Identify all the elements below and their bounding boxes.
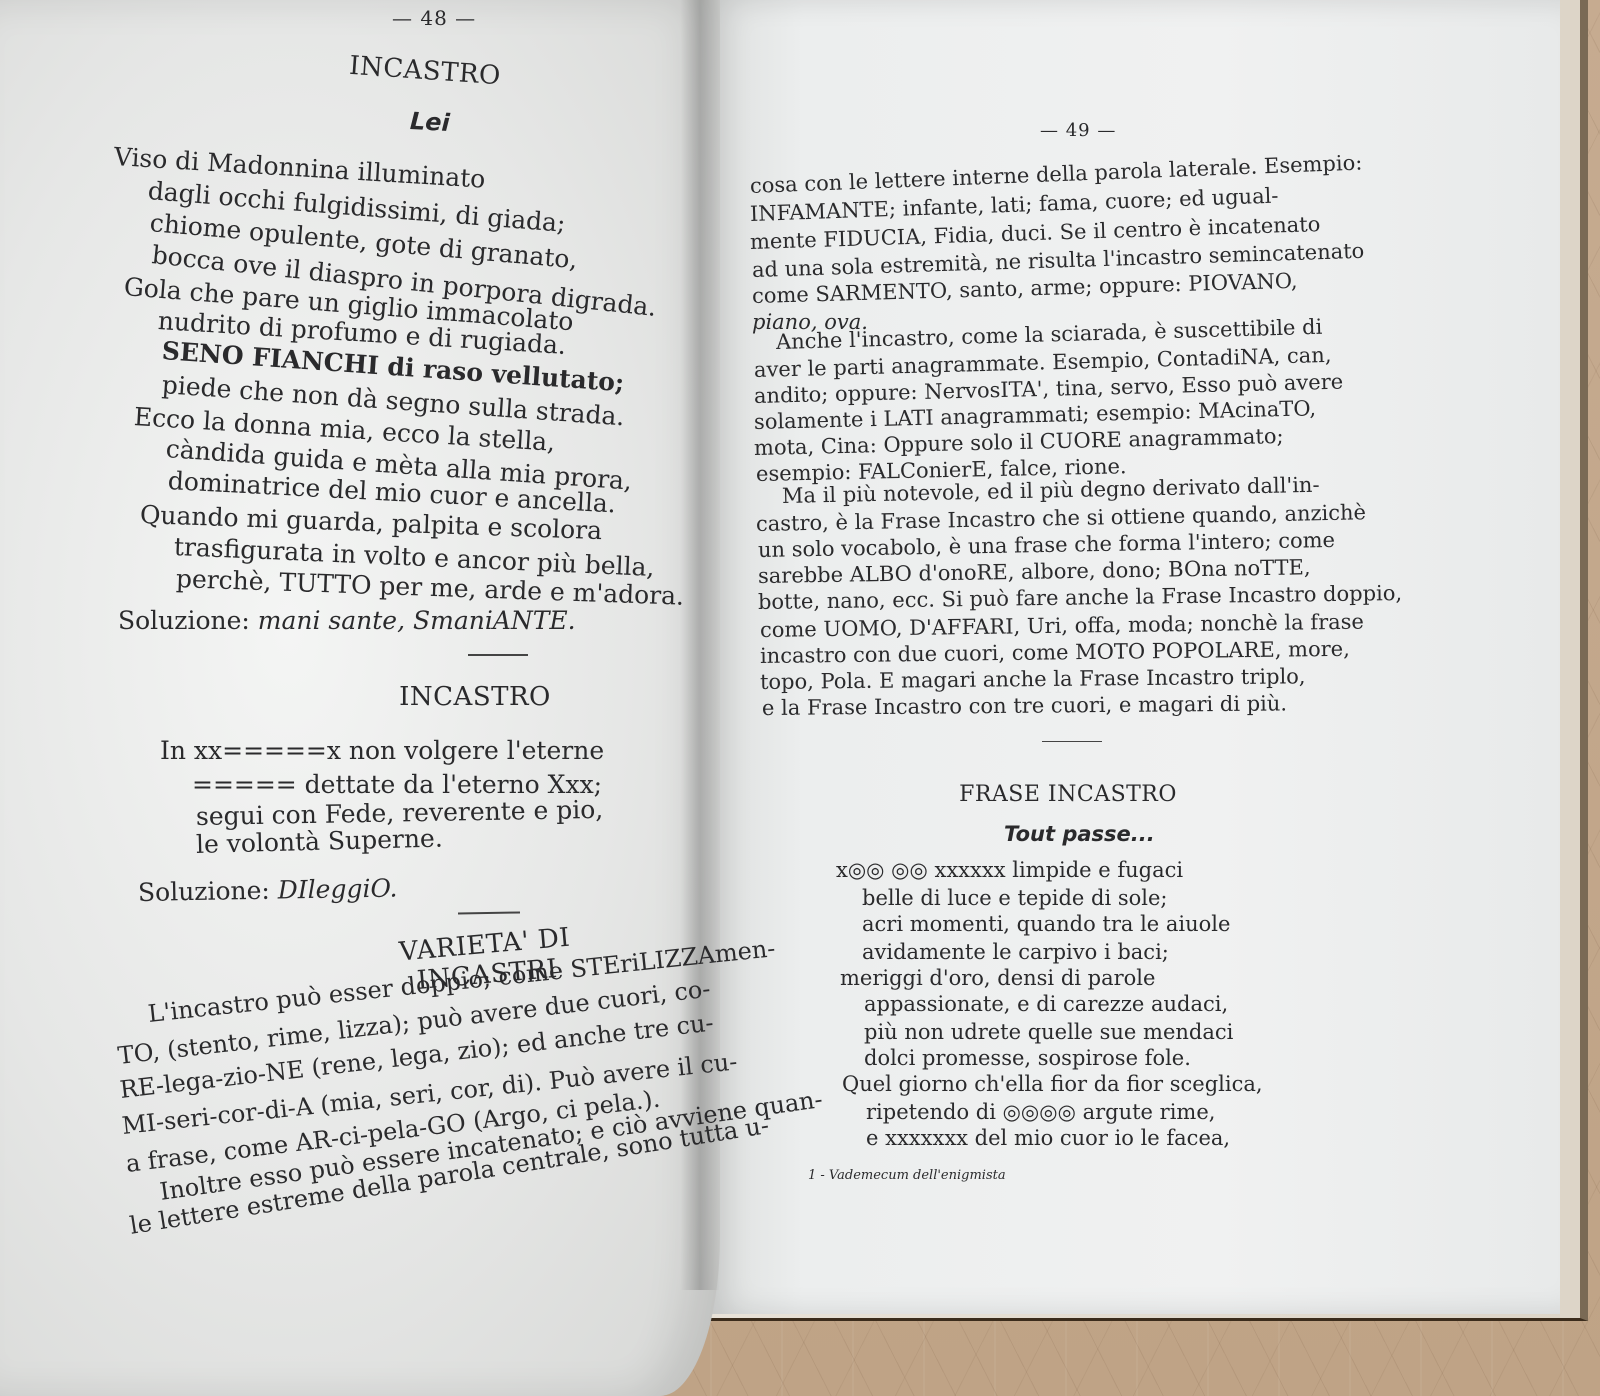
running-footer: 1 - Vademecum dell'enigmista (808, 1168, 1006, 1183)
verse-line: più non udrete quelle sue mendaci (864, 1020, 1233, 1044)
verse-line: Quel giorno ch'ella fior da fior sceglic… (842, 1072, 1263, 1096)
verse-line: acri momenti, quando tra le aiuole (862, 912, 1230, 936)
paragraph-line: topo, Pola. E magari anche la Frase Inca… (760, 664, 1306, 694)
page-number-right: — 49 — (1040, 120, 1116, 141)
puzzle-title: FRASE INCASTRO (948, 782, 1188, 807)
verse-line: e xxxxxxx del mio cuor io le facea, (866, 1126, 1230, 1150)
verse-line: x◎◎ ◎◎ xxxxxx limpide e fugaci (836, 858, 1183, 882)
verse-line: dolci promesse, sospirose fole. (864, 1046, 1191, 1070)
verse-line: avidamente le carpivo i baci; (862, 940, 1169, 964)
verse-line: meriggi d'oro, densi di parole (840, 966, 1155, 990)
right-page-content: — 49 — cosa con le lettere interne della… (0, 0, 1600, 1396)
verse-line: ripetendo di ◎◎◎◎ argute rime, (866, 1100, 1215, 1124)
verse-line: belle di luce e tepide di sole; (862, 886, 1168, 910)
paragraph-line: incastro con due cuori, come MOTO POPOLA… (760, 637, 1350, 668)
section-divider (1042, 741, 1102, 742)
puzzle-subtitle: Tout passe... (1004, 822, 1155, 846)
verse-line: appassionate, e di carezze audaci, (864, 992, 1228, 1016)
paragraph-line: e la Frase Incastro con tre cuori, e mag… (762, 691, 1287, 720)
